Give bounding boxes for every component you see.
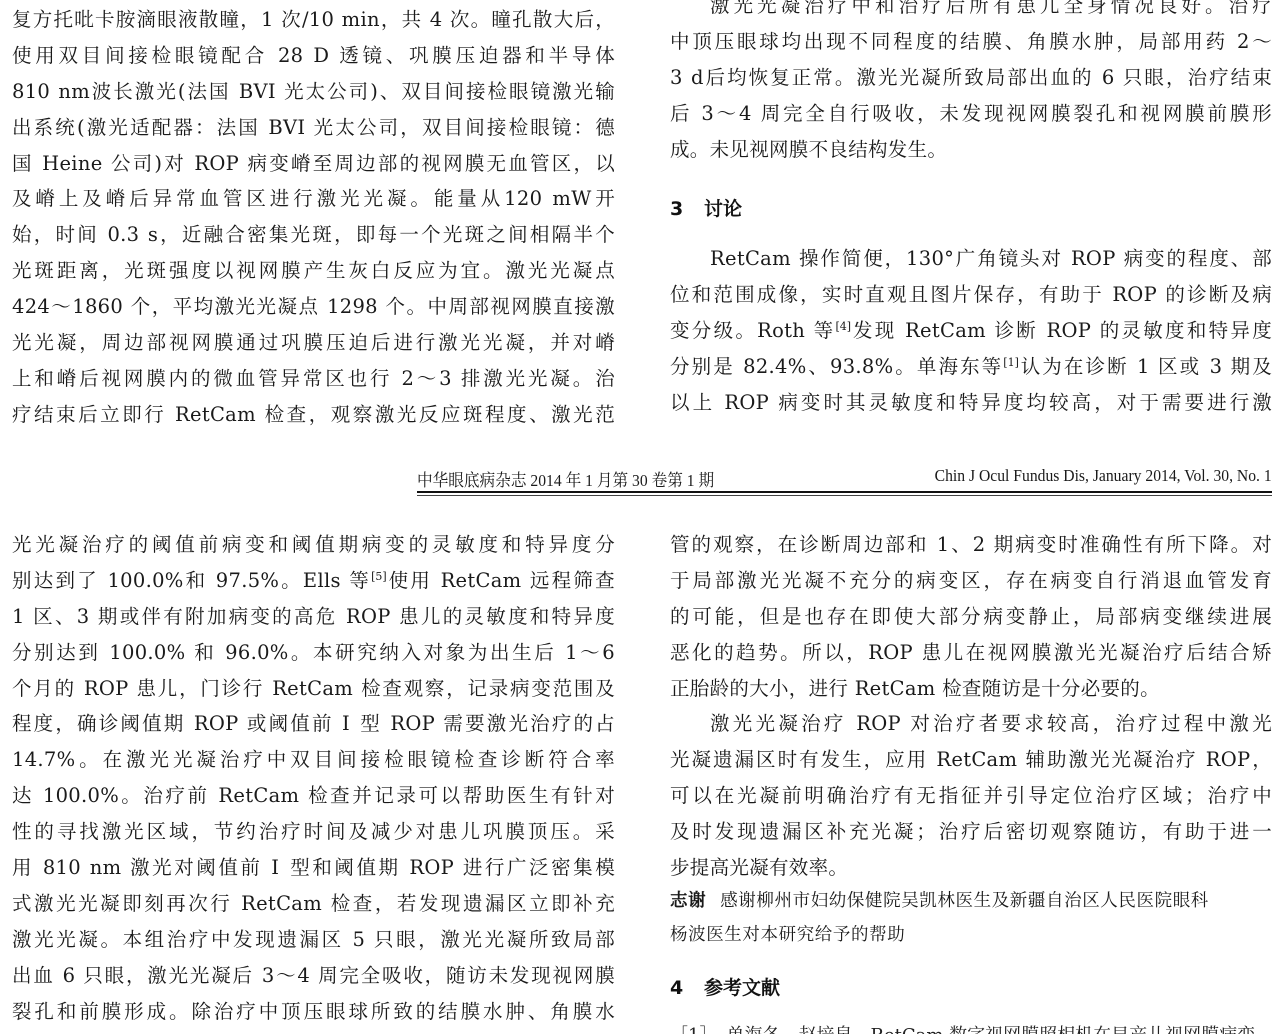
text-line: 出系统(激光适配器：法国 BVI 光太公司，双目间接检眼镜：德 [12, 110, 615, 146]
text-line: 程度，确诊阈值期 ROP 或阈值前 Ⅰ 型 ROP 需要激光治疗的占 [12, 706, 615, 742]
text-line: 后 3～4 周完全自行吸收，未发现视网膜裂孔和视网膜前膜形 [670, 96, 1272, 132]
text-line: 达 100.0%。治疗前 RetCam 检查并记录可以帮助医生有针对 [12, 778, 615, 814]
ack-line: 杨波医生对本研究给予的帮助 [670, 918, 1272, 952]
text-line: 用 810 nm 激光对阈值前 Ⅰ 型和阈值期 ROP 进行广泛密集模 [12, 850, 615, 886]
text-line: RetCam 操作简便，130°广角镜头对 ROP 病变的程度、部 [670, 241, 1272, 277]
text-line: 可以在光凝前明确治疗有无指征并引导定位治疗区域；治疗中 [670, 778, 1272, 814]
text-line: 3 d后均恢复正常。激光光凝所致局部出血的 6 只眼，治疗结束 [670, 60, 1272, 96]
text-line: 成。未见视网膜不良结构发生。 [670, 132, 1272, 168]
top-left-column: 复方托吡卡胺滴眼液散瞳，1 次/10 min，共 4 次。瞳孔散大后， 使用双目… [12, 2, 615, 433]
text-line: 光斑距离，光斑强度以视网膜产生灰白反应为宜。激光光凝点 [12, 253, 615, 289]
text-line: 上和嵴后视网膜内的微血管异常区也行 2～3 排激光光凝。治 [12, 361, 615, 397]
ack-text: 感谢柳州市妇幼保健院吴凯林医生及新疆自治区人民医院眼科 [720, 891, 1209, 911]
acknowledgement: 志谢感谢柳州市妇幼保健院吴凯林医生及新疆自治区人民医院眼科 杨波医生对本研究给予… [670, 884, 1272, 952]
text-line: 分别达到 100.0% 和 96.0%。本研究纳入对象为出生后 1～6 [12, 635, 615, 671]
text-line: 的可能，但是也存在即使大部分病变静止，局部病变继续进展 [670, 599, 1272, 635]
section-number: 4 [670, 977, 704, 999]
discussion-paragraph: RetCam 操作简便，130°广角镜头对 ROP 病变的程度、部 位和范围成像… [670, 241, 1272, 420]
ack-line: 志谢感谢柳州市妇幼保健院吴凯林医生及新疆自治区人民医院眼科 [670, 884, 1272, 918]
text-line: 及时发现遗漏区补充光凝；治疗后密切观察随访，有助于进一 [670, 814, 1272, 850]
text-line: 恶化的趋势。所以，ROP 患儿在视网膜激光光凝治疗后结合矫 [670, 635, 1272, 671]
text-segment: 发现 RetCam 诊断 ROP 的灵敏度和特异度 [851, 319, 1272, 342]
text-line: 激光光凝。本组治疗中发现遗漏区 5 只眼，激光光凝所致局部 [12, 922, 615, 958]
text-segment: 使用 RetCam 远程筛查 [387, 569, 615, 592]
text-line: 复方托吡卡胺滴眼液散瞳，1 次/10 min，共 4 次。瞳孔散大后， [12, 2, 615, 38]
section-number: 3 [670, 198, 704, 220]
text-line: 步提高光凝有效率。 [670, 850, 1272, 886]
text-line: 光光凝治疗的阈值前病变和阈值期病变的灵敏度和特异度分 [12, 527, 615, 563]
text-line: 光光凝，周边部视网膜通过巩膜压迫后进行激光光凝，并对嵴 [12, 325, 615, 361]
section-heading-discussion: 3讨论 [670, 194, 742, 221]
text-line: 始，时间 0.3 s，近融合密集光斑，即每一个光斑之间相隔半个 [12, 217, 615, 253]
text-line: 疗结束后立即行 RetCam 检查，观察激光反应斑程度、激光范 [12, 397, 615, 433]
journal-name-en: Chin J Ocul Fundus Dis, January 2014, Vo… [935, 466, 1272, 491]
text-line: 1 区、3 期或伴有附加病变的高危 ROP 患儿的灵敏度和特异度 [12, 599, 615, 635]
citation: [4] [835, 320, 851, 333]
text-line: 裂孔和前膜形成。除治疗中顶压眼球所致的结膜水肿、角膜水 [12, 994, 615, 1030]
bottom-right-column: 管的观察，在诊断周边部和 1、2 期病变时准确性有所下降。对 于局部激光光凝不充… [670, 527, 1272, 886]
section-heading-references: 4参考文献 [670, 973, 780, 1000]
text-line: 正胎龄的大小，进行 RetCam 检查随访是十分必要的。 [670, 671, 1272, 707]
text-line: 以上 ROP 病变时其灵敏度和特异度均较高，对于需要进行激 [670, 385, 1272, 421]
top-right-column: 激光光凝治疗中和治疗后所有患儿全身情况良好。治疗 中顶压眼球均出现不同程度的结膜… [670, 0, 1272, 167]
text-line: 变分级。Roth 等[4]发现 RetCam 诊断 ROP 的灵敏度和特异度 [670, 313, 1272, 349]
text-line: 使用双目间接检眼镜配合 28 D 透镜、巩膜压迫器和半导体 [12, 38, 615, 74]
section-title: 参考文献 [704, 977, 780, 999]
text-line: 国 Heine 公司)对 ROP 病变嵴至周边部的视网膜无血管区，以 [12, 146, 615, 182]
text-line: 性的寻找激光区域，节约治疗时间及减少对患儿巩膜顶压。采 [12, 814, 615, 850]
header-rule [417, 491, 1272, 493]
text-line: 424～1860 个，平均激光光凝点 1298 个。中周部视网膜直接激 [12, 289, 615, 325]
text-segment: 变分级。Roth 等 [670, 319, 835, 342]
section-title: 讨论 [704, 198, 742, 220]
text-line: 及嵴上及嵴后异常血管区进行激光光凝。能量从120 mW开 [12, 181, 615, 217]
text-line: 个月的 ROP 患儿，门诊行 RetCam 检查观察，记录病变范围及 [12, 671, 615, 707]
text-line: 中顶压眼球均出现不同程度的结膜、角膜水肿，局部用药 2～ [670, 24, 1272, 60]
text-line: 位和范围成像，实时直观且图片保存，有助于 ROP 的诊断及病 [670, 277, 1272, 313]
journal-name-cn: 中华眼底病杂志 2014 年 1 月第 30 卷第 1 期 [417, 466, 714, 491]
bottom-left-column: 光光凝治疗的阈值前病变和阈值期病变的灵敏度和特异度分 别达到了 100.0%和 … [12, 527, 615, 1029]
text-line: 14.7%。在激光光凝治疗中双目间接检眼镜检查诊断符合率 [12, 742, 615, 778]
text-line: 式激光光凝即刻再次行 RetCam 检查，若发现遗漏区立即补充 [12, 886, 615, 922]
text-segment: 分别是 82.4%、93.8%。单海东等 [670, 355, 1003, 378]
header-rule [417, 495, 1272, 496]
text-line: 激光光凝治疗 ROP 对治疗者要求较高，治疗过程中激光 [670, 706, 1272, 742]
text-line: 于局部激光光凝不充分的病变区，存在病变自行消退血管发育 [670, 563, 1272, 599]
text-line: 别达到了 100.0%和 97.5%。Ells 等[5]使用 RetCam 远程… [12, 563, 615, 599]
running-header: 中华眼底病杂志 2014 年 1 月第 30 卷第 1 期 Chin J Ocu… [417, 466, 1272, 491]
text-segment: 认为在诊断 1 区或 3 期及 [1019, 355, 1272, 378]
reference-item: ［1］ 单海冬，赵培泉．RetCam 数字视网膜照相机在早产儿视网膜病变 [670, 1021, 1272, 1034]
text-line: 光凝遗漏区时有发生，应用 RetCam 辅助激光光凝治疗 ROP， [670, 742, 1272, 778]
text-line: 分别是 82.4%、93.8%。单海东等[1]认为在诊断 1 区或 3 期及 [670, 349, 1272, 385]
ack-label: 志谢 [670, 891, 706, 911]
text-segment: 别达到了 100.0%和 97.5%。Ells 等 [12, 569, 371, 592]
text-line: 出血 6 只眼，激光光凝后 3～4 周完全吸收，随访未发现视网膜 [12, 958, 615, 994]
text-line: 管的观察，在诊断周边部和 1、2 期病变时准确性有所下降。对 [670, 527, 1272, 563]
citation: [5] [371, 570, 387, 583]
text-line: 激光光凝治疗中和治疗后所有患儿全身情况良好。治疗 [670, 0, 1272, 24]
text-line: 810 nm波长激光(法国 BVI 光太公司)、双目间接检眼镜激光输 [12, 74, 615, 110]
citation: [1] [1003, 356, 1019, 369]
